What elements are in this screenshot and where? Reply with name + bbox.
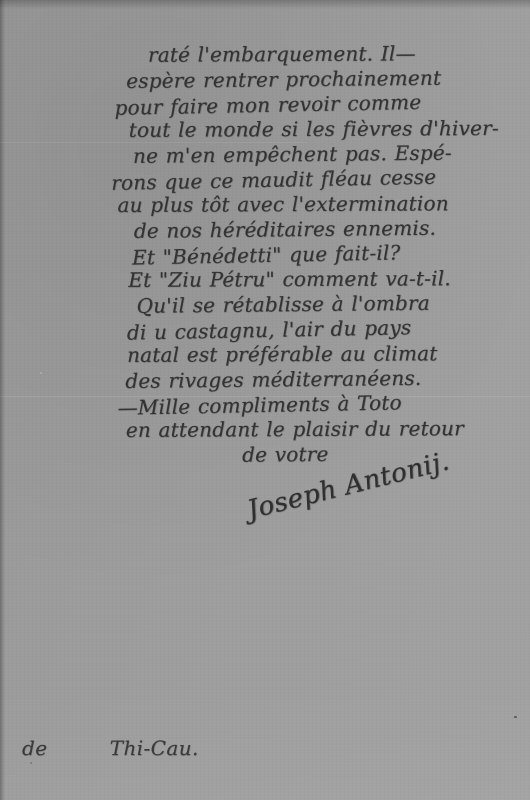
paper-speck <box>514 716 517 718</box>
paper-speck <box>30 762 32 764</box>
letter-page: raté l'embarquement. Il— espère rentrer … <box>0 0 530 800</box>
letter-text-block: raté l'embarquement. Il— espère rentrer … <box>110 40 514 469</box>
paper-speck <box>40 372 42 374</box>
letter-line: raté l'embarquement. Il— <box>148 41 510 68</box>
letter-line: Et "Ziu Pétru" comment va-t-il. <box>128 266 512 293</box>
letter-line: au plus tôt avec l'extermination <box>117 191 511 218</box>
footer-note: de Thi-Cau. <box>22 736 199 760</box>
letter-line: natal est préférable au climat <box>127 341 513 368</box>
letter-line: en attendant le plaisir du retour <box>126 416 514 443</box>
letter-line: tout le monde si les fièvres d'hiver- <box>129 116 511 143</box>
